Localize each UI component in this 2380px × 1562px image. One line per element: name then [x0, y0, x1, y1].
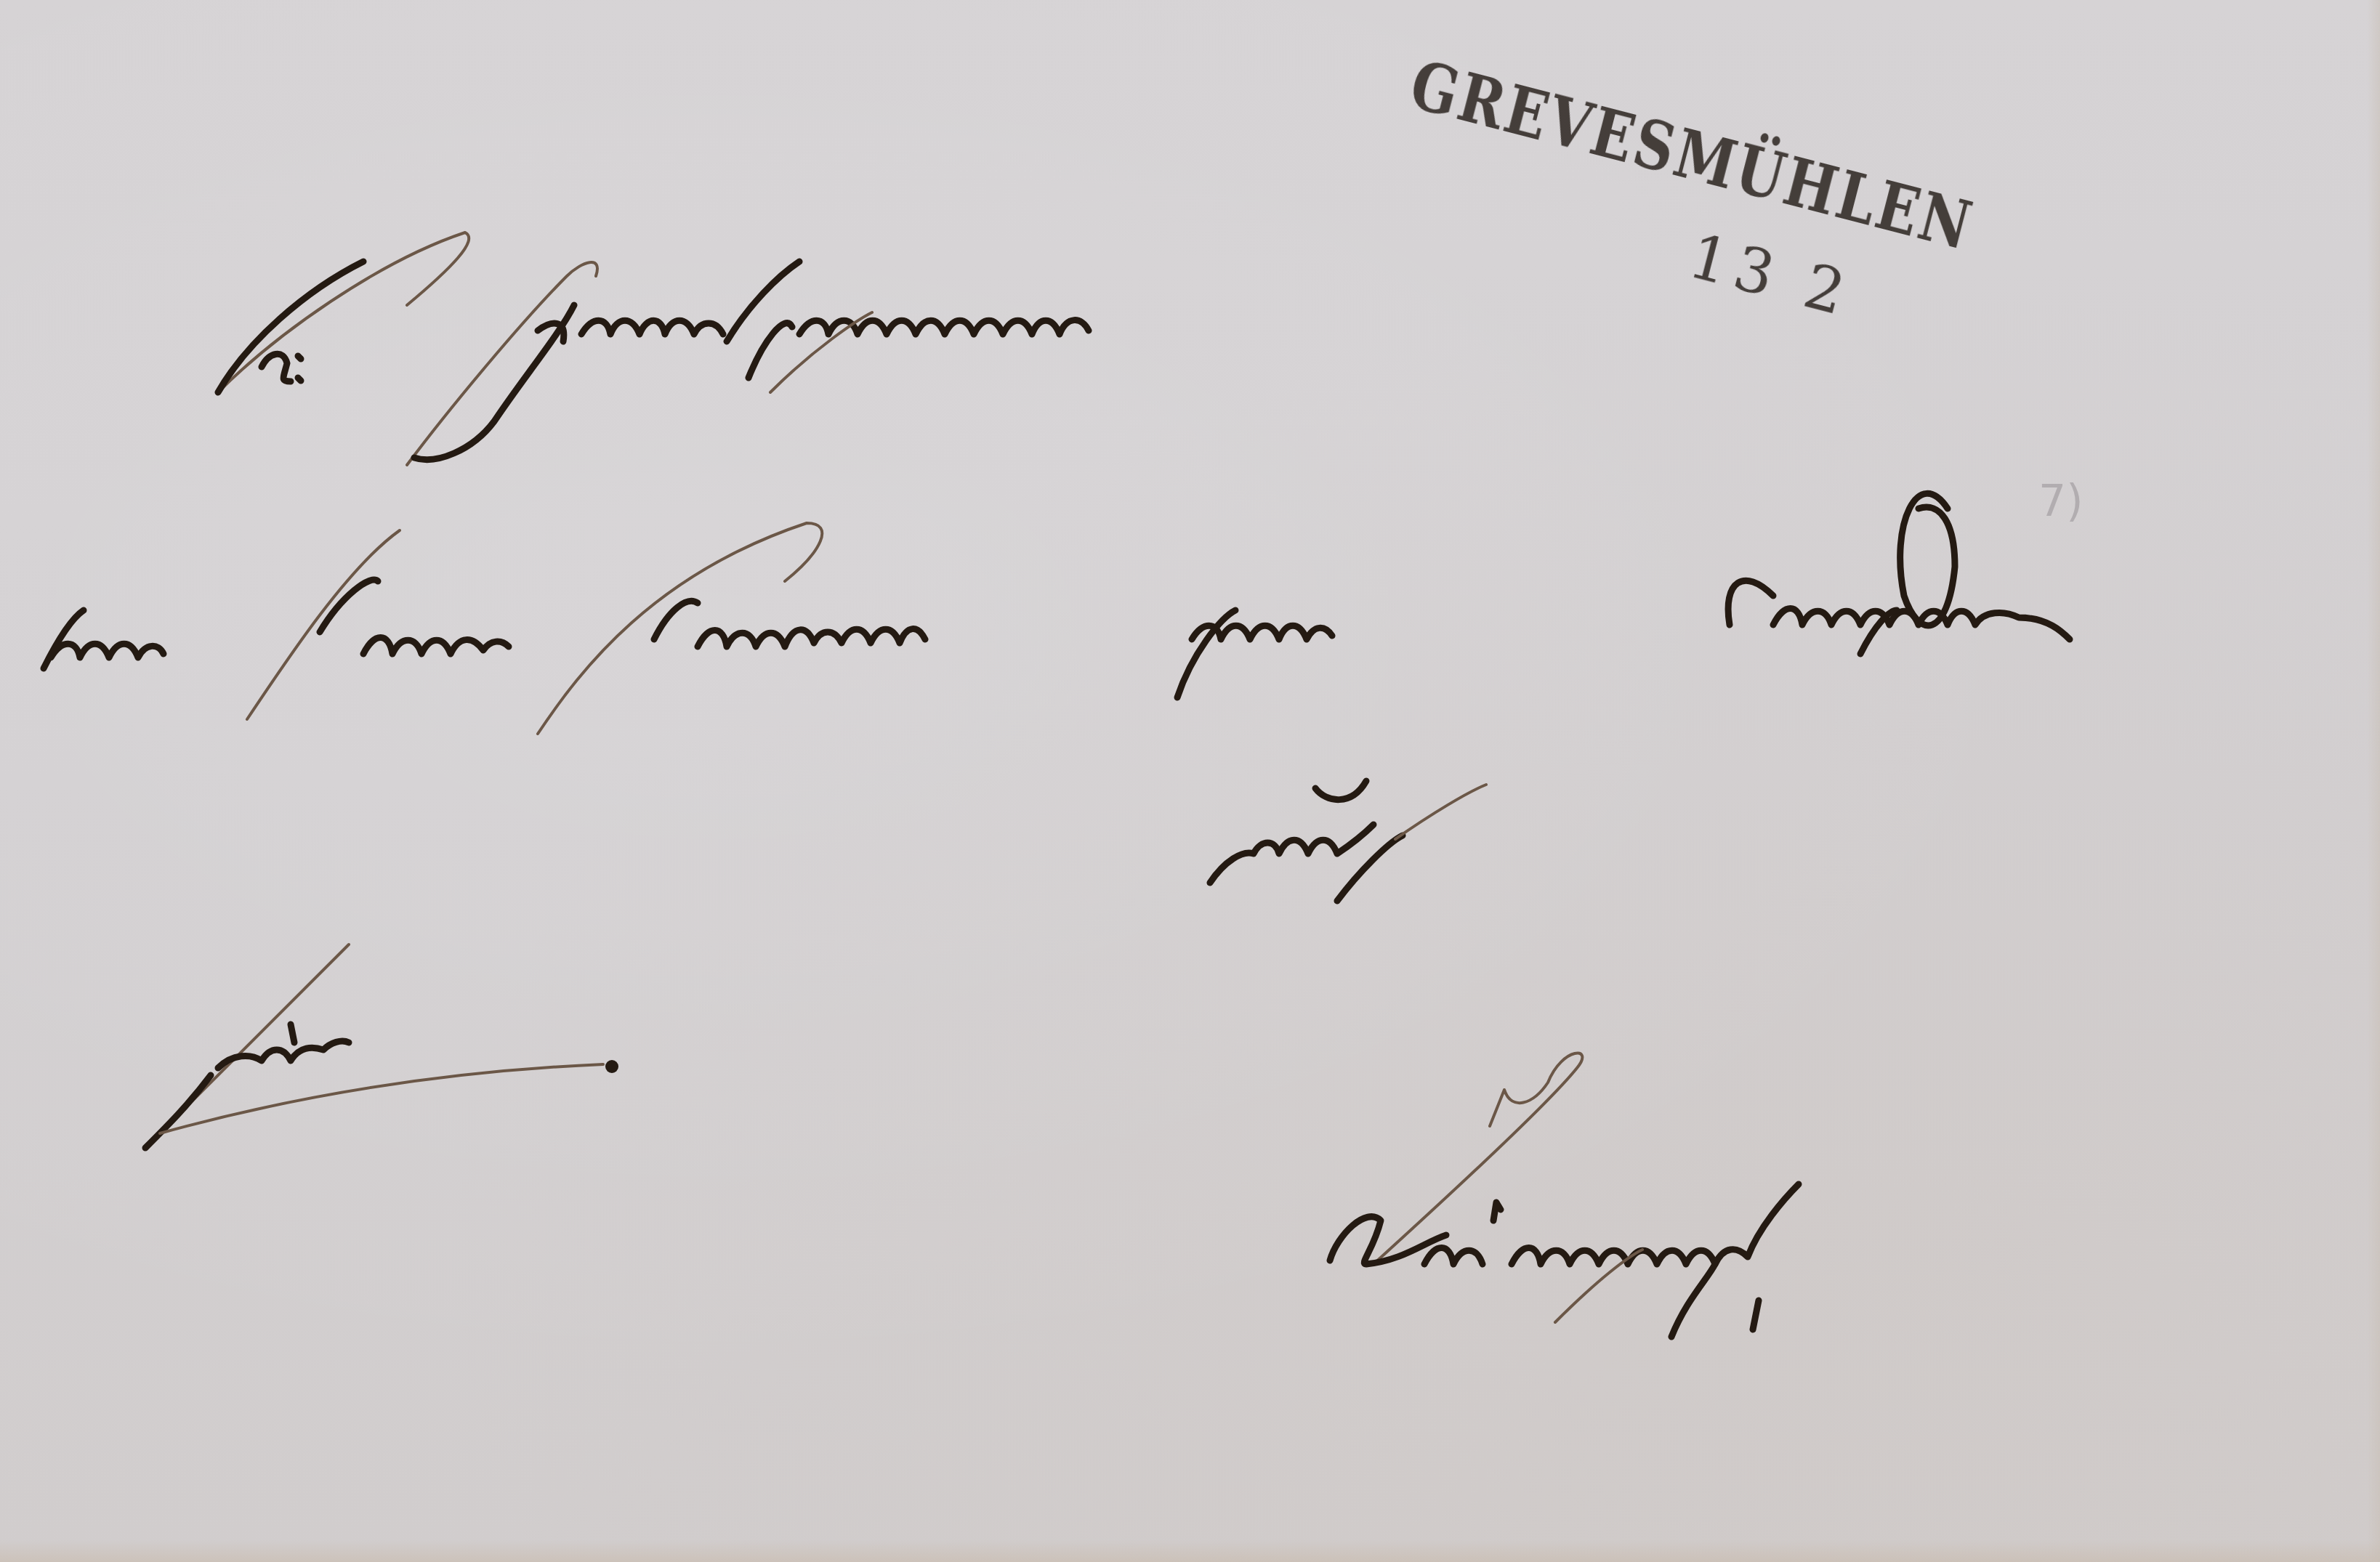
- address-line-2-strokes: [44, 493, 2070, 734]
- address-line-1-strokes: [218, 232, 1089, 465]
- address-line-4-strokes: [1330, 1053, 1799, 1337]
- handwritten-address: [0, 0, 2380, 1562]
- envelope-sheet: GREVESMÜHLEN 13 2 7): [0, 0, 2380, 1562]
- franking-strokes: [145, 944, 618, 1148]
- address-line-3-strokes: [1210, 781, 1486, 901]
